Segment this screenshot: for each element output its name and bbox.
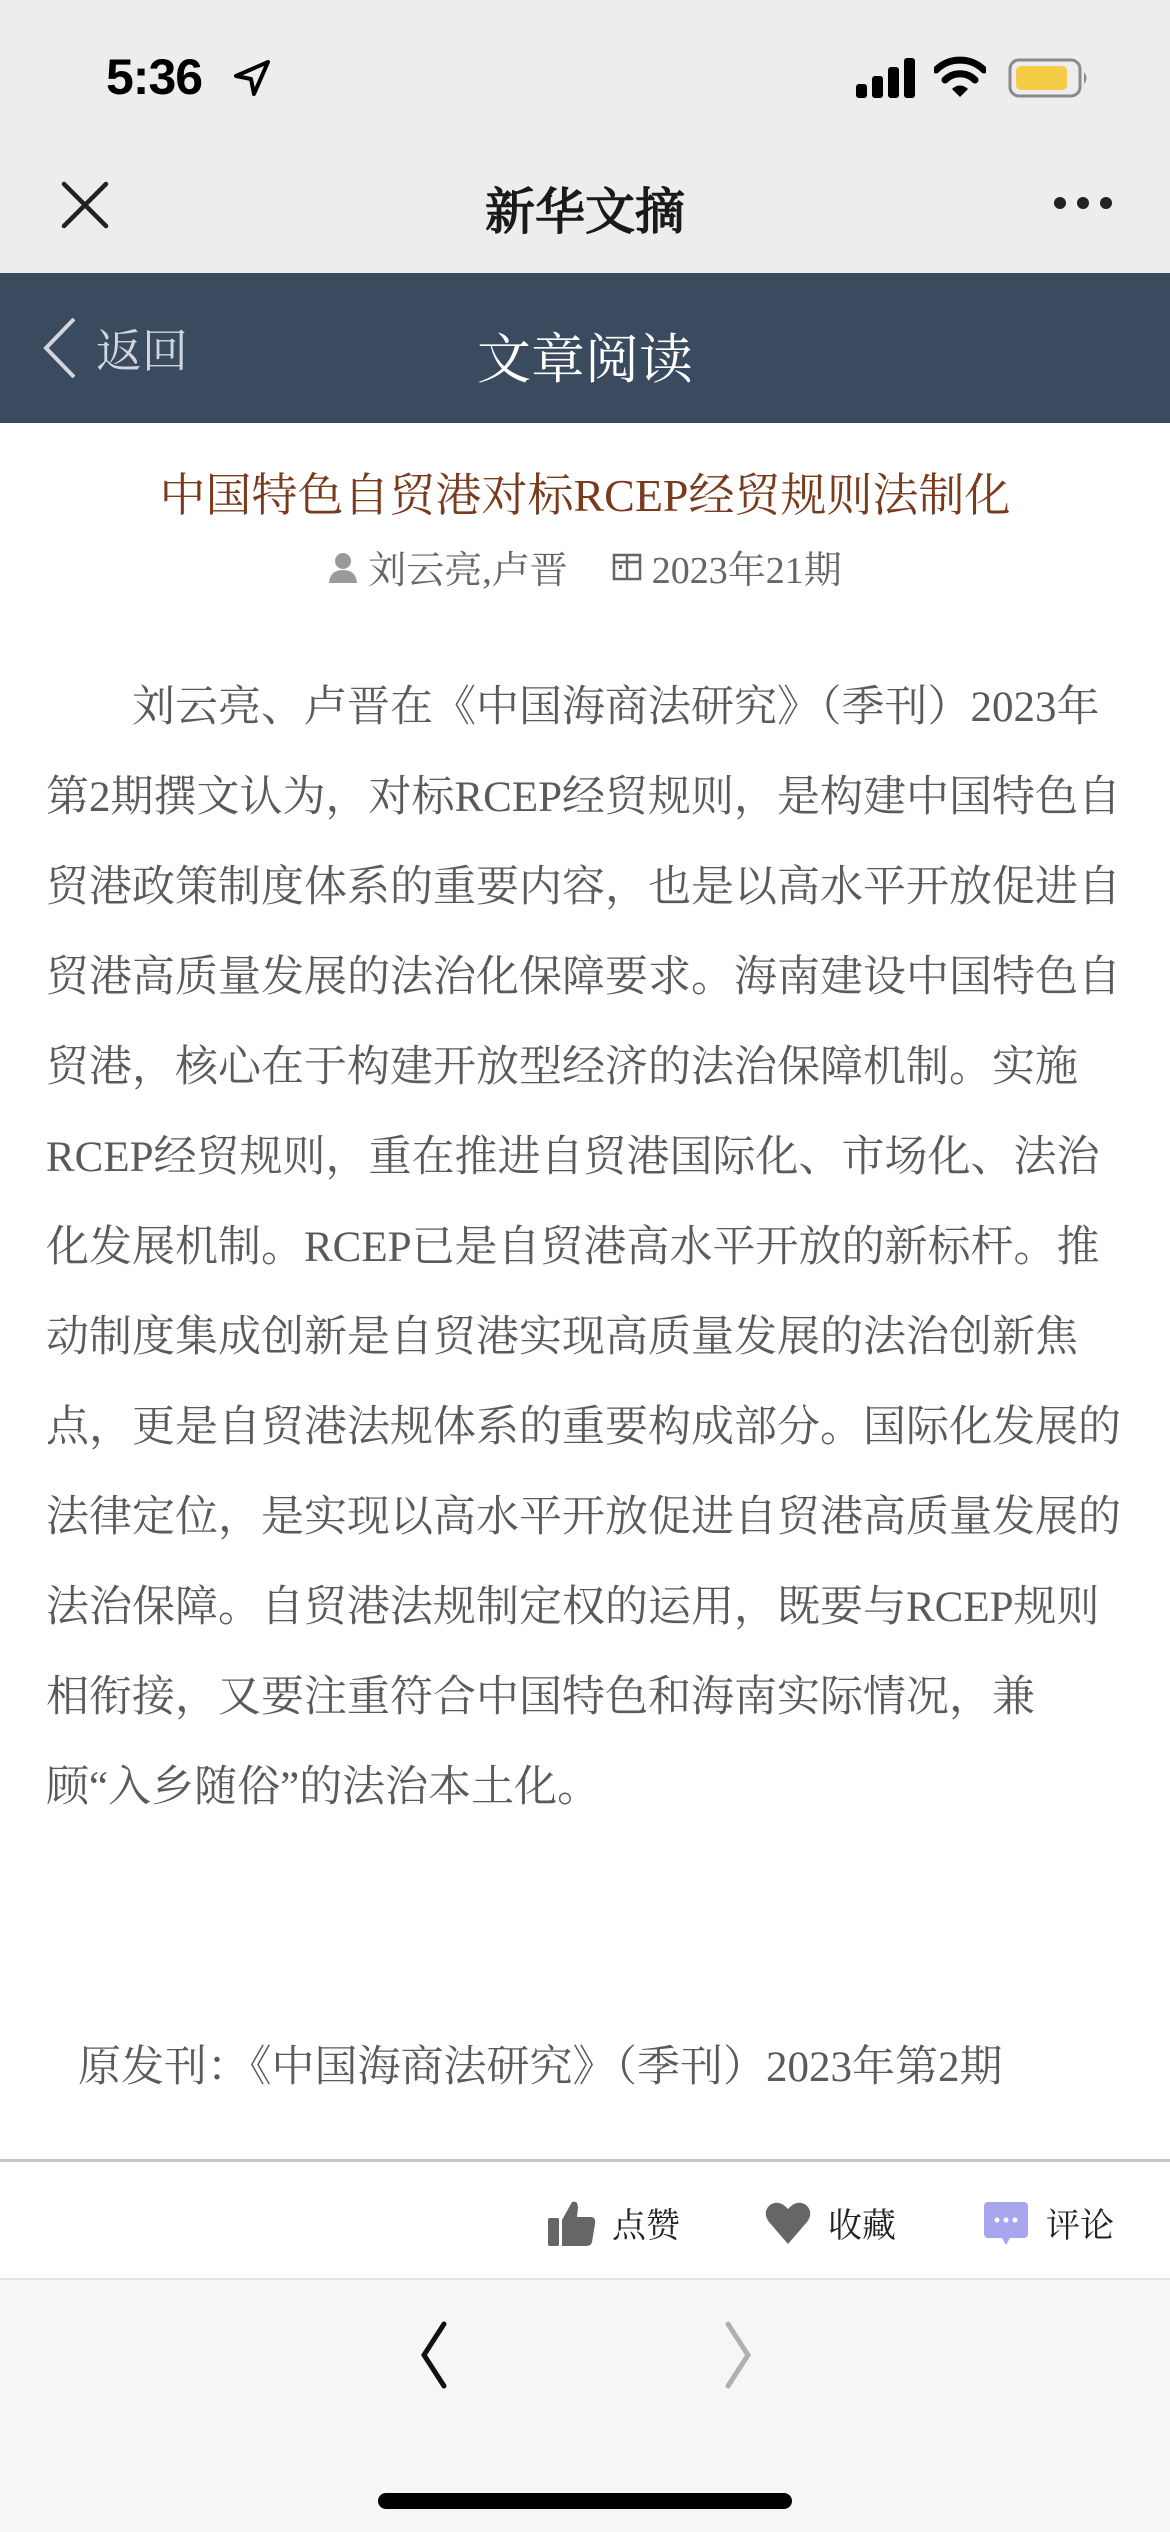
favorite-label: 收藏 bbox=[828, 2198, 896, 2247]
comment-icon bbox=[982, 2200, 1030, 2246]
wifi-icon bbox=[934, 56, 986, 98]
browser-toolbar bbox=[0, 2280, 1170, 2532]
article-source: 原发刊：《中国海商法研究》（季刊）2023年第2期 bbox=[78, 2023, 1118, 2113]
signal-icon bbox=[856, 58, 918, 98]
back-arrow-icon[interactable] bbox=[410, 2320, 460, 2390]
magazine-icon bbox=[612, 551, 642, 583]
like-label: 点赞 bbox=[612, 2198, 680, 2247]
comment-label: 评论 bbox=[1046, 2198, 1114, 2247]
action-bar: 点赞 收藏 评论 bbox=[0, 2159, 1170, 2280]
thumbs-up-icon bbox=[548, 2200, 596, 2246]
nav-bar: 返回 文章阅读 bbox=[0, 273, 1170, 423]
article-paragraph: 刘云亮、卢晋在《中国海商法研究》（季刊）2023年第2期撰文认为，对标RCEP经… bbox=[46, 663, 1128, 1833]
like-button[interactable]: 点赞 bbox=[548, 2198, 680, 2247]
forward-arrow-icon[interactable] bbox=[712, 2320, 762, 2390]
home-indicator[interactable] bbox=[378, 2493, 792, 2509]
status-bar: 5:36 bbox=[0, 0, 1170, 150]
user-icon bbox=[328, 551, 358, 583]
comment-button[interactable]: 评论 bbox=[982, 2198, 1114, 2247]
article-body: 刘云亮、卢晋在《中国海商法研究》（季刊）2023年第2期撰文认为，对标RCEP经… bbox=[46, 663, 1128, 1833]
article-authors: 刘云亮,卢晋 bbox=[368, 539, 568, 594]
article-content: 中国特色自贸港对标RCEP经贸规则法制化 刘云亮,卢晋 2023年21期 刘云亮… bbox=[0, 423, 1170, 2159]
more-icon[interactable] bbox=[1052, 188, 1114, 218]
favorite-button[interactable]: 收藏 bbox=[764, 2198, 896, 2247]
status-time: 5:36 bbox=[106, 48, 202, 106]
battery-icon bbox=[1008, 57, 1090, 99]
heart-icon bbox=[764, 2200, 812, 2246]
page-title: 文章阅读 bbox=[0, 317, 1170, 394]
app-title: 新华文摘 bbox=[0, 172, 1170, 244]
article-meta: 刘云亮,卢晋 2023年21期 bbox=[0, 539, 1170, 594]
article-issue: 2023年21期 bbox=[652, 539, 842, 594]
app-header: 新华文摘 bbox=[0, 150, 1170, 273]
article-title: 中国特色自贸港对标RCEP经贸规则法制化 bbox=[0, 459, 1170, 525]
location-arrow-icon bbox=[232, 58, 272, 98]
